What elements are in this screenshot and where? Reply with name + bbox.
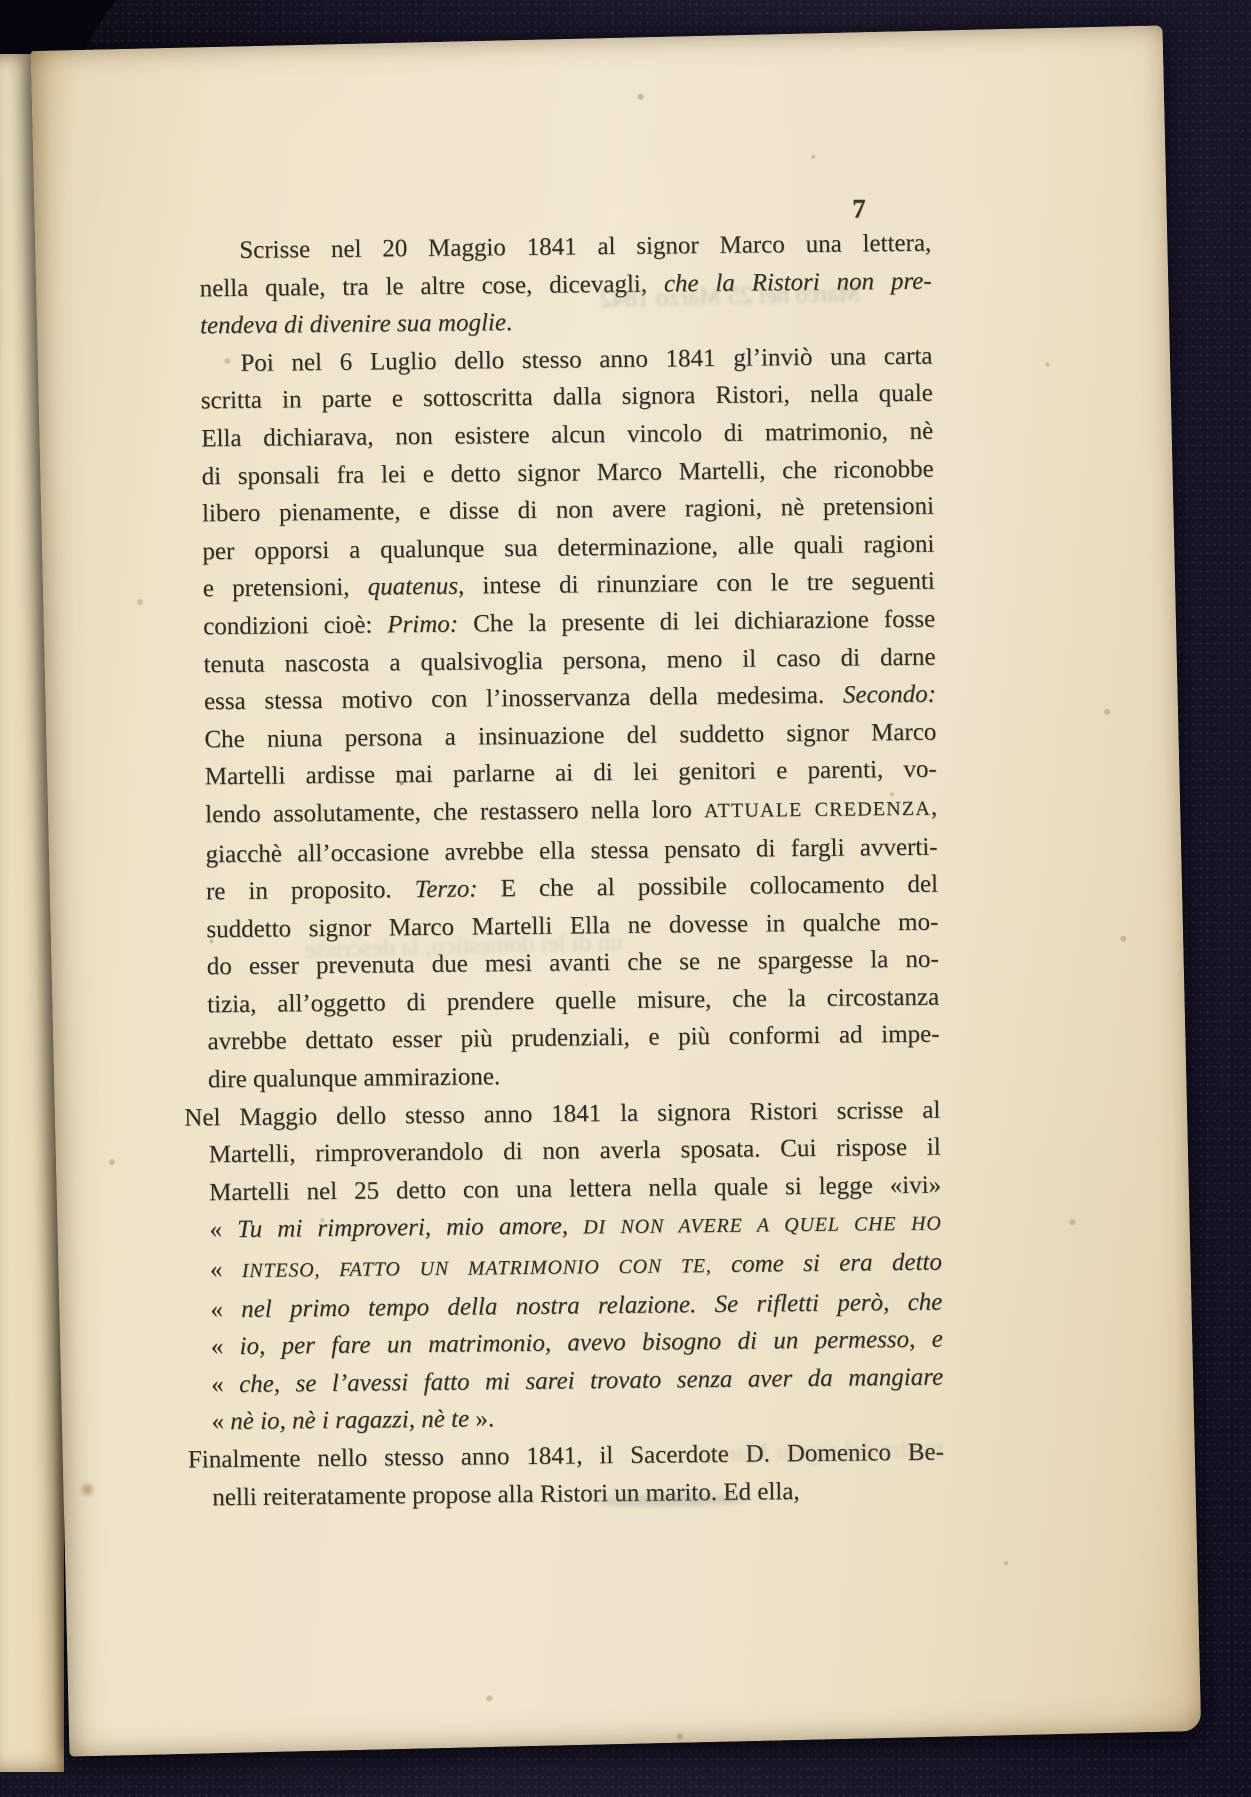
book-page: 7 Scrisse nel 20 Maggio 1841 al signor M… bbox=[31, 25, 1201, 1756]
text-segment: Ella dichiarava, non esistere alcun vinc… bbox=[201, 418, 933, 453]
page-number: 7 bbox=[799, 193, 919, 225]
text-segment: do esser prevenuta due mesi avanti che s… bbox=[207, 946, 939, 981]
text-segment: Che niuna persona a insinuazione del sud… bbox=[204, 718, 936, 753]
text-segment: condizioni cioè: bbox=[203, 611, 387, 640]
show-through-text: Marco nel 25 Marzo 1842un di lei domesti… bbox=[41, 32, 1173, 44]
text-segment: Nel Maggio dello stesso anno 1841 la sig… bbox=[184, 1096, 940, 1131]
text-segment: lendo assolutamente, che restassero nell… bbox=[205, 796, 704, 828]
text-segment: nelli reiteratamente propose alla Ristor… bbox=[212, 1478, 800, 1511]
text-segment: giacchè all’occasione avrebbe ella stess… bbox=[205, 833, 937, 868]
text-segment: , intese di rinunziare con le tre seguen… bbox=[458, 568, 935, 600]
text-segment: tenuta nascosta a qualsivoglia persona, … bbox=[203, 643, 935, 678]
text-line: nella quale, tra le altre cose, dicevagl… bbox=[199, 262, 931, 307]
text-segment: . bbox=[506, 309, 513, 336]
text-segment: « bbox=[211, 1333, 240, 1360]
text-segment: E che al possibile collocamento del bbox=[478, 871, 939, 903]
text-segment: avrebbe dettato esser più prudenziali, e… bbox=[207, 1021, 939, 1056]
page-content: 7 Scrisse nel 20 Maggio 1841 al signor M… bbox=[41, 32, 1191, 1750]
text-segment: ATTUALE CREDENZA bbox=[704, 798, 931, 822]
text-segment: Primo: bbox=[387, 611, 458, 639]
text-segment: « bbox=[210, 1256, 242, 1283]
text-segment: e pretensioni, bbox=[203, 574, 368, 603]
photo-backdrop: 7 Scrisse nel 20 Maggio 1841 al signor M… bbox=[0, 0, 1251, 1797]
foxing-spot-large bbox=[78, 1481, 96, 1497]
text-segment: Martelli ardisse mai parlarne ai di lei … bbox=[205, 756, 937, 791]
text-segment: nè io, nè i ragazzi, nè te bbox=[230, 1406, 469, 1435]
text-segment: re in proposito. bbox=[206, 876, 415, 905]
text-segment: libero pienamente, e disse di non avere … bbox=[202, 493, 934, 528]
text-segment: Che la presente di lei dichiarazione fos… bbox=[458, 606, 935, 638]
text-segment: Martelli, rimproverandolo di non averla … bbox=[209, 1134, 941, 1169]
text-segment: nella quale, tra le altre cose, dicevagl… bbox=[200, 270, 664, 302]
text-segment: Poi nel 6 Luglio dello stesso anno 1841 … bbox=[240, 342, 932, 376]
text-segment: tendeva di divenire sua moglie bbox=[200, 309, 506, 339]
text-segment: Terzo: bbox=[415, 876, 478, 904]
text-segment: di sponsali fra lei e detto signor Marco… bbox=[201, 455, 933, 490]
text-segment: Scrisse nel 20 Maggio 1841 al signor Mar… bbox=[239, 230, 931, 264]
text-segment: Finalmente nello stesso anno 1841, il Sa… bbox=[188, 1439, 944, 1474]
text-segment: DI NON AVERE A QUEL CHE HO bbox=[583, 1213, 942, 1239]
text-segment: suddetto signor Marco Martelli Ella ne d… bbox=[206, 908, 938, 943]
text-segment: Secondo: bbox=[843, 681, 936, 709]
text-segment: « bbox=[210, 1296, 241, 1323]
text-line: avrebbe dettato esser più prudenziali, e… bbox=[207, 1016, 939, 1061]
text-segment: essa stessa motivo con l’inosservanza de… bbox=[204, 682, 843, 716]
text-segment: quatenus bbox=[368, 573, 459, 601]
text-segment: Tu mi rimproveri, mio amore, bbox=[237, 1213, 583, 1244]
foxing-spots bbox=[41, 44, 43, 46]
text-segment: « bbox=[211, 1371, 239, 1398]
text-segment: tizia, all’oggetto di prendere quelle mi… bbox=[207, 983, 939, 1018]
text-line: Finalmente nello stesso anno 1841, il Sa… bbox=[188, 1434, 944, 1480]
text-segment: nel primo tempo della nostra relazione. … bbox=[241, 1288, 942, 1322]
text-segment: io, per fare un matrimonio, avevo bisogn… bbox=[239, 1326, 942, 1360]
text-segment: dire qualunque ammirazione. bbox=[208, 1063, 501, 1093]
text-line: lendo assolutamente, che restassero nell… bbox=[205, 789, 937, 836]
text-line: nelli reiteratamente propose alla Ristor… bbox=[212, 1471, 944, 1516]
text-segment: « bbox=[211, 1408, 230, 1435]
text-segment: per opporsi a qualunque sua determinazio… bbox=[202, 530, 934, 565]
text-segment: che, se l’avessi fatto mi sarei trovato … bbox=[239, 1363, 943, 1397]
text-segment: INTESO, FATTO UN MATRIMONIO CON TE, bbox=[242, 1255, 712, 1282]
text-segment: , bbox=[931, 794, 938, 821]
text-segment: scritta in parte e sottoscritta dalla si… bbox=[201, 380, 933, 415]
text-segment: che la Ristori non pre- bbox=[664, 267, 932, 297]
text-segment: come si era detto bbox=[712, 1249, 943, 1278]
text-segment: ». bbox=[469, 1406, 494, 1433]
text-block: Scrisse nel 20 Maggio 1841 al signor Mar… bbox=[199, 225, 944, 1517]
text-segment: Martelli nel 25 detto con una lettera ne… bbox=[209, 1171, 941, 1206]
text-segment: « bbox=[209, 1216, 237, 1243]
